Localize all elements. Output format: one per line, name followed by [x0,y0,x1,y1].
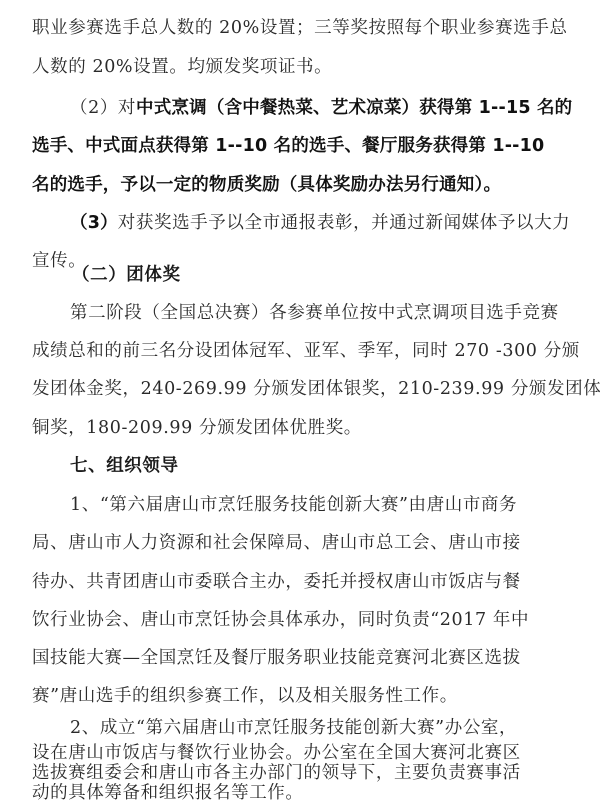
paragraph-line: 动的具体筹备和组织报名等工作。 [32,782,304,800]
line-text: 对获奖选手予以全市通报表彰，并通过新闻媒体予以大力 [118,213,571,233]
paragraph-line: 赛”唐山选手的组织参赛工作，以及相关服务性工作。 [32,685,458,707]
paragraph-line: 1、“第六届唐山市烹饪服务技能创新大赛”由唐山市商务 [70,494,517,516]
paragraph-line: 国技能大赛—全国烹饪及餐厅服务职业技能竞赛河北赛区选拔 [32,647,521,669]
item-number: （3） [70,213,118,233]
paragraph-line: 选拔赛组委会和唐山市各主办部门的领导下，主要负责赛事活 [32,762,521,784]
bold-text: 中式烹调（含中餐热菜、艺术凉菜）获得第 1--15 名的 [136,98,572,118]
paragraph-line: 职业参赛选手总人数的 20%设置；三等奖按照每个职业参赛选手总 [32,17,568,39]
paragraph-line-bold: 名的选手，予以一定的物质奖励（具体奖励办法另行通知）。 [32,174,501,196]
item-number: （2）对 [70,98,136,118]
paragraph-line: 发团体金奖，240-269.99 分颁发团体银奖，210-239.99 分颁发团… [32,378,600,400]
paragraph-line: 局、唐山市人力资源和社会保障局、唐山市总工会、唐山市接 [32,532,521,554]
paragraph-line: 成绩总和的前三名分设团体冠军、亚军、季军，同时 270 -300 分颁 [32,340,580,362]
paragraph-line: 人数的 20%设置。均颁发奖项证书。 [32,56,332,78]
paragraph-line: 饮行业协会、唐山市烹饪协会具体承办，同时负责“2017 年中 [32,609,529,631]
paragraph-line: 铜奖，180-209.99 分颁发团体优胜奖。 [32,417,362,439]
paragraph-line: 2、成立“第六届唐山市烹饪服务技能创新大赛”办公室， [70,717,517,739]
section-heading-team-award: （二）团体奖 [72,264,181,286]
paragraph-line-bold: 选手、中式面点获得第 1--10 名的选手、餐厅服务获得第 1--10 [32,135,544,157]
paragraph-line: 设在唐山市饭店与餐饮行业协会。办公室在全国大赛河北赛区 [32,742,521,764]
award-item-2-line: （2）对中式烹调（含中餐热菜、艺术凉菜）获得第 1--15 名的 [70,97,572,119]
paragraph-line: 第二阶段（全国总决赛）各参赛单位按中式烹调项目选手竞赛 [70,302,559,324]
section-heading-organization: 七、组织领导 [70,455,179,477]
award-item-3-line: （3）对获奖选手予以全市通报表彰，并通过新闻媒体予以大力 [70,212,570,234]
paragraph-line: 待办、共青团唐山市委联合主办，委托并授权唐山市饭店与餐 [32,571,521,593]
